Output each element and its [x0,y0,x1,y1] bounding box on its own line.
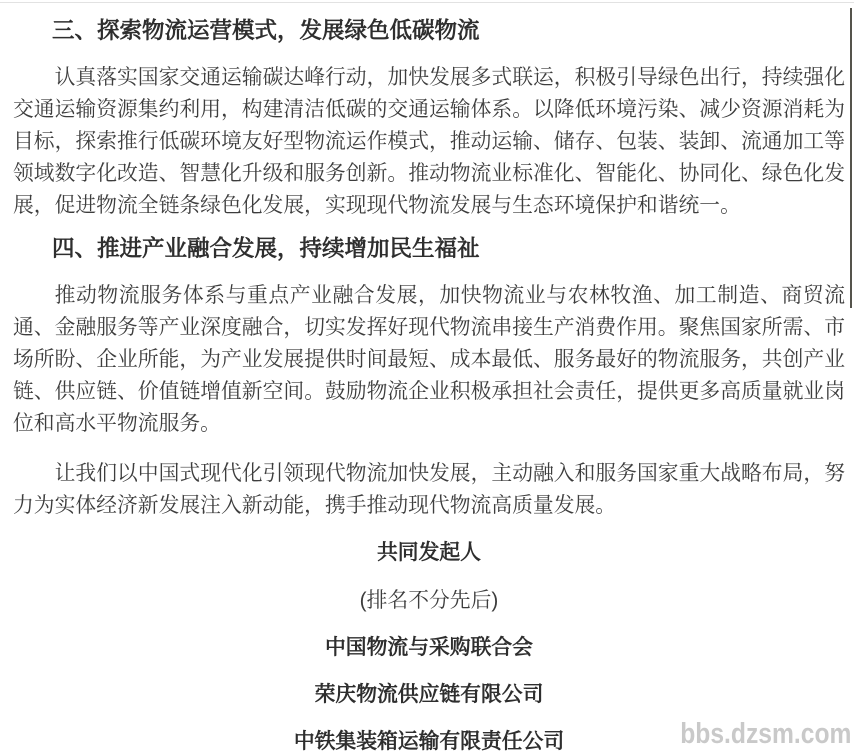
org-name-cflp: 中国物流与采购联合会 [13,632,845,664]
body-paragraph-green-logistics: 认真落实国家交通运输碳达峰行动，加快发展多式联运，积极引导绿色出行，持续强化交通… [13,62,845,222]
document-body: 三、探索物流运营模式，发展绿色低碳物流 认真落实国家交通运输碳达峰行动，加快发展… [0,0,854,755]
watermark: bbs.dzsm.com [680,718,851,751]
org-name-rongqing: 荣庆物流供应链有限公司 [13,679,845,711]
co-initiators-title: 共同发起人 [13,537,845,569]
ranking-disclaimer: (排名不分先后) [13,585,845,617]
section-heading-3: 三、探索物流运营模式，发展绿色低碳物流 [52,18,845,44]
section-heading-4: 四、推进产业融合发展，持续增加民生福祉 [52,236,845,262]
right-border-line [850,8,852,308]
top-border-line [0,2,854,3]
body-paragraph-industry-integration: 推动物流服务体系与重点产业融合发展，加快物流业与农林牧渔、加工制造、商贸流通、金… [13,280,845,440]
body-paragraph-closing: 让我们以中国式现代化引领现代物流加快发展，主动融入和服务国家重大战略布局，努力为… [13,458,845,522]
